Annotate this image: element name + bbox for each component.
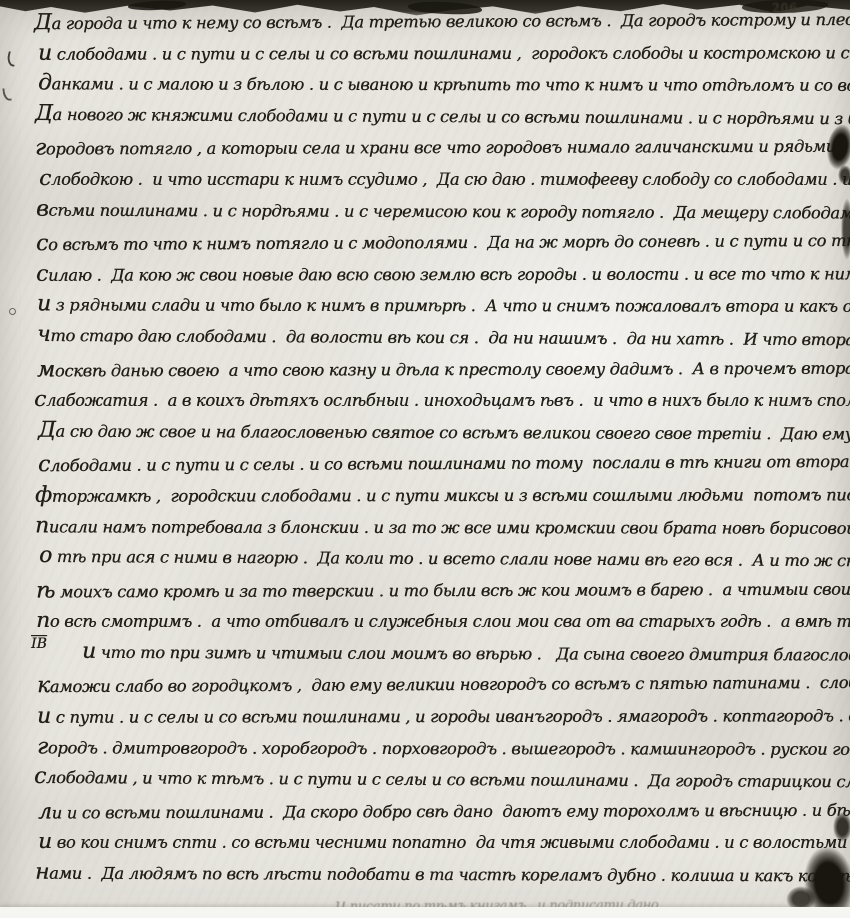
- margin-note: ІВ: [31, 636, 47, 652]
- manuscript-line: писали намъ потребовала з блонскии . и з…: [35, 510, 850, 543]
- bottom-white-margin: [0, 907, 850, 918]
- manuscript-text: Да города и что к нему со всѣмъ . Да тре…: [34, 5, 850, 918]
- manuscript-line: и з рядными слади и что было к нимъ в пр…: [37, 289, 850, 322]
- manuscript-line: слободами , и что к тѣмъ . и с пути и с …: [34, 761, 850, 797]
- manuscript-line: по всѣ смотримъ . а что отбивалъ и служе…: [36, 605, 850, 637]
- manuscript-page: 206 Да города и что к нему со всѣмъ . Да…: [0, 0, 850, 918]
- manuscript-line: силаю . Да кою ж свои новые даю всю свою…: [36, 257, 850, 290]
- manuscript-line: всѣми пошлинами . и с нордѣями . и с чер…: [36, 193, 850, 227]
- manuscript-line: фторжамкѣ , городскии слободами . и с пу…: [35, 478, 850, 511]
- manuscript-line: о тѣ при ася с ними в нагорю . Да коли т…: [39, 540, 850, 576]
- manuscript-line: нами . Да людямъ по всѣ лѣсти подобати в…: [35, 857, 850, 891]
- ink-blot-right-edge: [838, 165, 850, 185]
- ink-blot-right-edge: [841, 198, 850, 260]
- manuscript-line: городъ . дмитровгородъ . хоробгородъ . п…: [37, 731, 850, 764]
- manuscript-line: слободкою . и что исстари к нимъ ссудимо…: [39, 163, 850, 195]
- left-margin-ink-mark: [9, 308, 16, 315]
- manuscript-line: и с пути . и с селы и со всѣми пошлинами…: [37, 699, 850, 732]
- manuscript-line: и слободами . и с пути и с селы и со всѣ…: [38, 36, 850, 69]
- manuscript-line: и что то при зимѣ и чтимыи слои моимъ во…: [36, 635, 850, 669]
- manuscript-line: и во кои снимъ спти . со всѣми чесними п…: [38, 826, 850, 858]
- manuscript-line: Да города и что к нему со всѣмъ . Да тре…: [34, 3, 850, 39]
- left-margin-ink-mark: [5, 51, 17, 67]
- left-margin-ink-mark: [2, 88, 11, 102]
- manuscript-line: ли и со всѣми пошлинами . Да скоро добро…: [38, 793, 850, 827]
- manuscript-line: слабожатия . а в коихъ дѣтяхъ ослѣбныи .…: [34, 384, 850, 416]
- manuscript-line: слободами . и с пути и с селы . и со всѣ…: [38, 445, 850, 481]
- ink-blot-bottom-right: [833, 812, 850, 842]
- manuscript-line: москвѣ данью своею а что свою казну и дѣ…: [37, 351, 850, 385]
- manuscript-line: Да сю даю ж свое и на благословенью свят…: [38, 414, 850, 448]
- manuscript-line: ѣ моихъ само кромѣ и за то тверскии . и …: [36, 572, 850, 606]
- manuscript-line: Да нового ж княжими слободами и с пути и…: [35, 98, 850, 134]
- manuscript-line: со всѣмъ то что к нимъ потягло и с модоп…: [36, 224, 850, 260]
- manuscript-line: каможи слабо во городцкомъ , даю ему вел…: [37, 666, 850, 702]
- manuscript-line: что старо даю слободами . да волости вѣ …: [37, 319, 850, 355]
- manuscript-line: городовъ потягло , а которыи села и хран…: [35, 130, 850, 164]
- manuscript-line: данками . и с малою и з бѣлою . и с ыван…: [38, 67, 850, 100]
